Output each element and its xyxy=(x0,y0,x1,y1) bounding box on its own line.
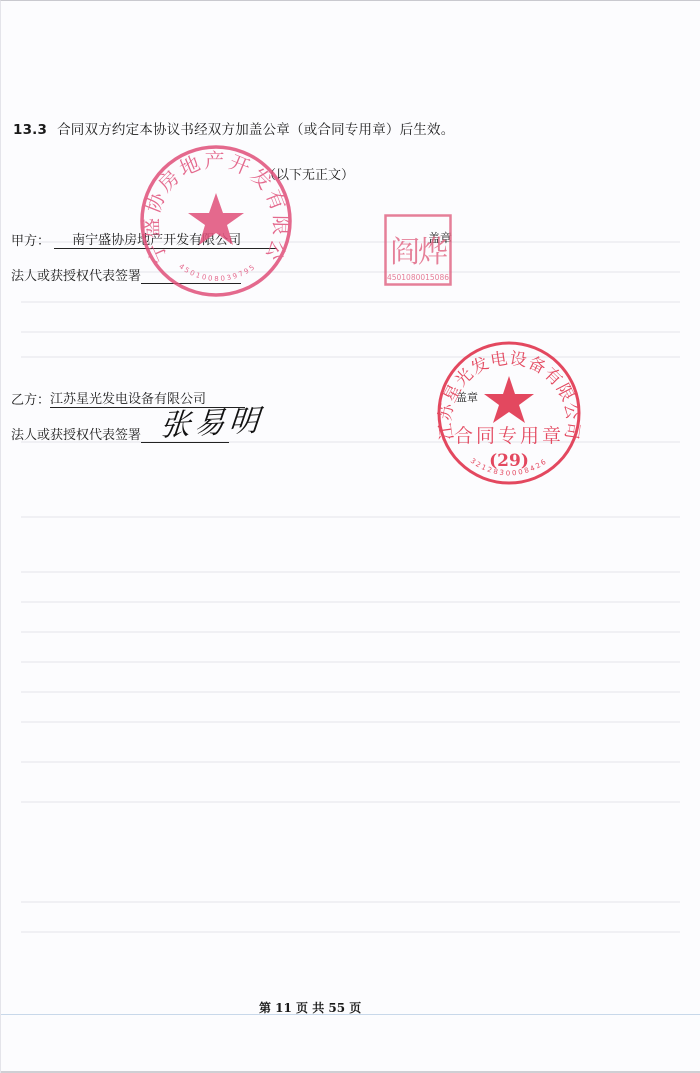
document-page: 13.3合同双方约定本协议书经双方加盖公章（或合同专用章）后生效。 （以下无正文… xyxy=(0,0,700,1073)
bleed-through-line xyxy=(21,571,680,573)
bleed-through-line xyxy=(21,661,680,663)
bleed-through-line xyxy=(21,631,680,633)
bleed-through-line xyxy=(21,601,680,603)
svg-text:(29): (29) xyxy=(489,451,529,471)
party-b-label: 乙方： xyxy=(11,393,50,408)
bleed-through-line xyxy=(21,301,680,303)
clause-13-3: 13.3合同双方约定本协议书经双方加盖公章（或合同专用章）后生效。 xyxy=(13,118,454,138)
svg-text:3212830008426: 3212830008426 xyxy=(469,457,549,478)
bleed-through-line xyxy=(21,931,680,933)
party-a-name-field: 南宁盛协房地产开发有限公司 xyxy=(54,229,277,249)
clause-text: 合同双方约定本协议书经双方加盖公章（或合同专用章）后生效。 xyxy=(57,122,454,138)
footer-divider xyxy=(1,1014,700,1015)
party-b-contract-seal: 江苏星光发电设备有限公司 合同专用章 (29) 3212830008426 xyxy=(434,338,584,488)
party-a-seal-label: 盖章 xyxy=(428,229,452,246)
party-a-personal-seal: 阎烨 4501080015086 xyxy=(384,214,452,286)
party-b-handwritten-signature: 张易明 xyxy=(159,395,265,444)
bleed-through-line xyxy=(21,721,680,723)
svg-text:4501080015086: 4501080015086 xyxy=(387,273,449,282)
bleed-through-line xyxy=(21,691,680,693)
bleed-through-line xyxy=(21,331,680,333)
party-a-signature-line xyxy=(141,283,241,284)
party-a-signatory-row: 法人或获授权代表签署 xyxy=(11,265,241,284)
svg-text:合同专用章: 合同专用章 xyxy=(454,425,564,447)
party-a-name: 南宁盛协房地产开发有限公司 xyxy=(72,233,241,248)
party-b-signatory-label: 法人或获授权代表签署 xyxy=(11,428,141,443)
party-a-row: 甲方： 南宁盛协房地产开发有限公司 xyxy=(11,229,277,249)
clause-number: 13.3 xyxy=(13,122,47,138)
bleed-through-line xyxy=(21,761,680,763)
no-more-text-note: （以下无正文） xyxy=(263,164,354,183)
party-a-signatory-label: 法人或获授权代表签署 xyxy=(11,269,141,284)
party-a-label: 甲方： xyxy=(11,234,50,249)
star-icon xyxy=(484,376,534,423)
bleed-through-line xyxy=(21,801,680,803)
bleed-through-line xyxy=(21,516,680,518)
bleed-through-line xyxy=(21,356,680,358)
party-b-seal-label: 盖章 xyxy=(456,389,478,405)
bleed-through-line xyxy=(21,901,680,903)
